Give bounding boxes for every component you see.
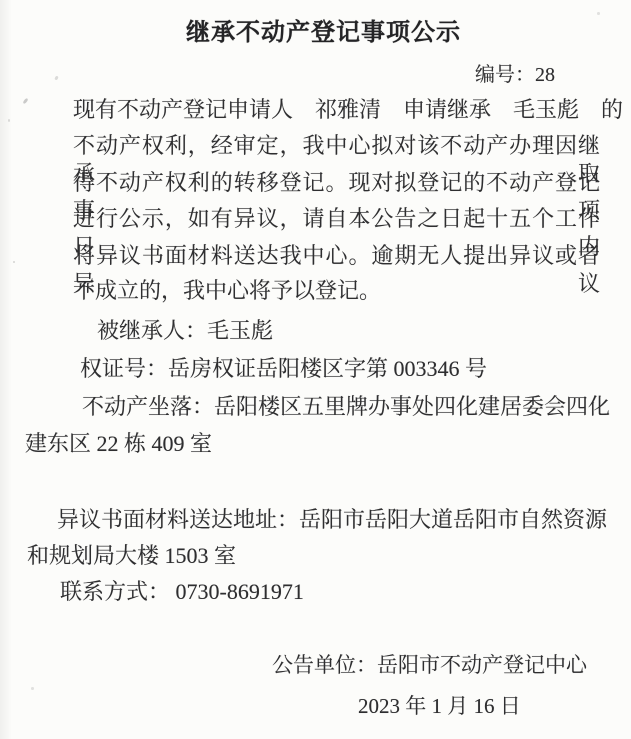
scanned-notice-page: 继承不动产登记事项公示 编号：28 现有不动产登记申请人 祁雅清 申请继承 毛玉… — [0, 0, 631, 739]
certificate-line: 权证号：岳房权证岳阳楼区字第 003346 号 — [80, 355, 487, 383]
scan-speckle — [597, 12, 600, 15]
heir-line: 被继承人：毛玉彪 — [97, 317, 273, 345]
scan-speckle — [8, 119, 10, 122]
location-line-2: 建东区 22 栋 409 室 — [25, 430, 212, 458]
body-line-6: 不成立的，我中心将予以登记。 — [73, 277, 381, 305]
location-line-1: 不动产坐落：岳阳楼区五里牌办事处四化建居委会四化 — [82, 393, 610, 421]
doc-number: 编号：28 — [475, 61, 555, 89]
scan-speckle — [22, 98, 28, 105]
scan-speckle — [13, 261, 15, 263]
date-line: 2023 年 1 月 16 日 — [358, 692, 521, 720]
body-line-1: 现有不动产登记申请人 祁雅清 申请继承 毛玉彪 的 — [73, 96, 623, 124]
scan-speckle — [31, 687, 34, 690]
notice-title: 继承不动产登记事项公示 — [0, 12, 631, 47]
contact-line: 联系方式： 0730-8691971 — [60, 578, 304, 606]
objection-address-line-2: 和规划局大楼 1503 室 — [27, 542, 236, 570]
objection-address-line-1: 异议书面材料送达地址：岳阳市岳阳大道岳阳市自然资源 — [57, 506, 607, 534]
scan-speckle — [54, 76, 59, 81]
issuer-line: 公告单位：岳阳市不动产登记中心 — [272, 651, 587, 679]
